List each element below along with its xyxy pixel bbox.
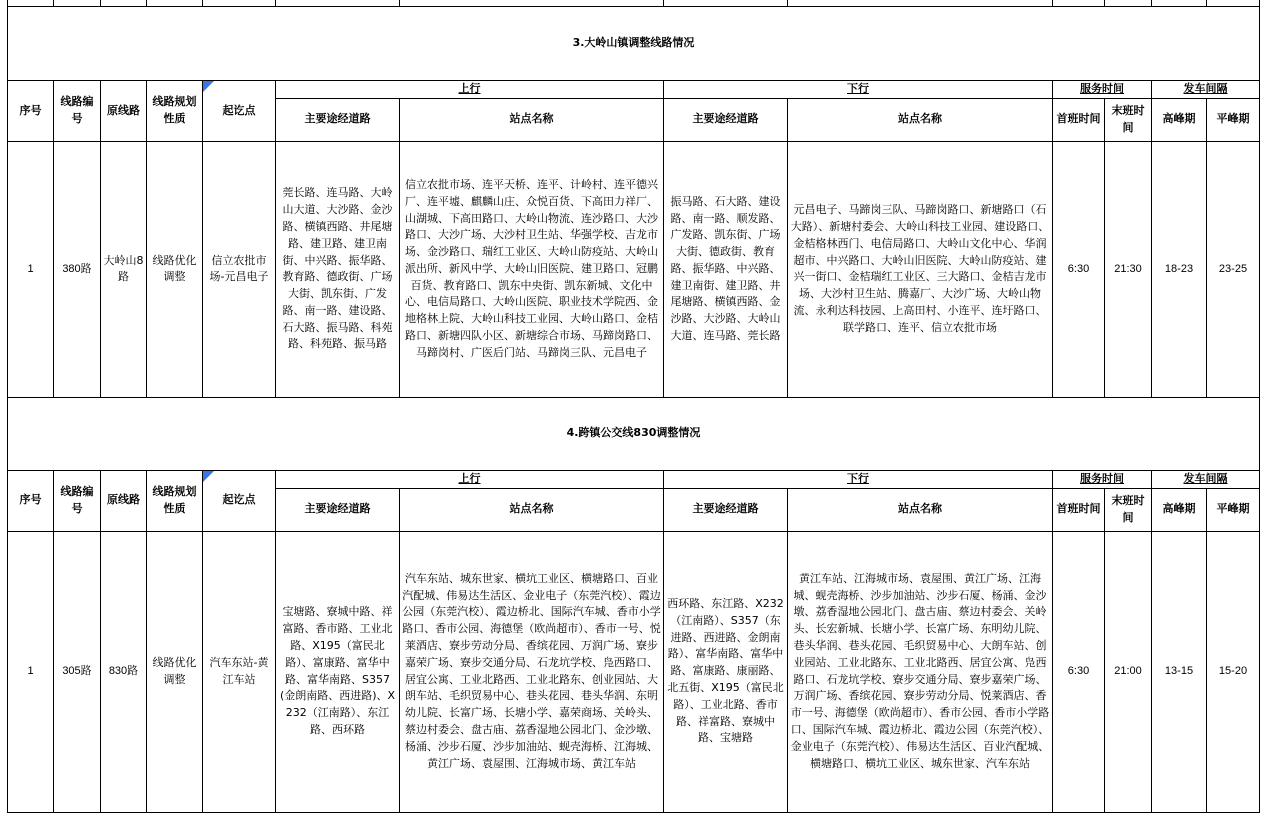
header-up-label: 上行 (459, 82, 481, 95)
header-interval[interactable]: 发车间隔 (1152, 81, 1260, 99)
cell-orig-line[interactable]: 大岭山8路 (101, 141, 147, 397)
spreadsheet: 3.大岭山镇调整线路情况 序号 线路编号 原线路 线路规划性质 起讫点 上行 下… (7, 0, 1260, 813)
header-up-roads[interactable]: 主要途经道路 (276, 488, 400, 531)
cell-up-stations[interactable]: 信立农批市场、连平天桥、连平、计岭村、连平德兴厂、连平墟、麒麟山庄、众悦百货、下… (400, 141, 664, 397)
header-service-time-label: 服务时间 (1080, 82, 1124, 95)
cell-down-stations[interactable]: 元昌电子、马蹄岗三队、马蹄岗路口、新塘路口（石大路）、新塘村委会、大岭山科技工业… (788, 141, 1053, 397)
cell-plan-type[interactable]: 线路优化调整 (147, 141, 203, 397)
header-first-bus[interactable]: 首班时间 (1053, 488, 1105, 531)
header-last-bus[interactable]: 末班时间 (1105, 98, 1152, 141)
header-interval-label: 发车间隔 (1184, 472, 1228, 485)
header-interval-label: 发车间隔 (1184, 82, 1228, 95)
cell-terminals[interactable]: 信立农批市场-元昌电子 (203, 141, 276, 397)
section-title[interactable]: 3.大岭山镇调整线路情况 (8, 7, 1260, 81)
header-terminals-label: 起讫点 (223, 493, 256, 506)
header-terminals-label: 起讫点 (223, 104, 256, 117)
header-offpeak[interactable]: 平峰期 (1207, 488, 1260, 531)
header-down-roads[interactable]: 主要途经道路 (664, 98, 788, 141)
header-seq[interactable]: 序号 (8, 470, 54, 531)
cell-last-bus[interactable]: 21:00 (1105, 531, 1152, 812)
cell-plan-type[interactable]: 线路优化调整 (147, 531, 203, 812)
header-interval[interactable]: 发车间隔 (1152, 470, 1260, 488)
section-title[interactable]: 4.跨镇公交线830调整情况 (8, 397, 1260, 470)
cell-down-roads[interactable]: 西环路、东江路、X232（江南路）、S357（东进路、西进路、金朗南路）、富华南… (664, 531, 788, 812)
header-row-group: 序号 线路编号 原线路 线路规划性质 起讫点 上行 下行 服务时间 发车间隔 (8, 470, 1260, 488)
header-seq[interactable]: 序号 (8, 81, 54, 142)
comment-marker-icon[interactable] (203, 81, 214, 92)
header-peak[interactable]: 高峰期 (1152, 488, 1207, 531)
cell-up-stations[interactable]: 汽车东站、城东世家、横坑工业区、横塘路口、百业汽配城、伟易达生活区、金业电子（东… (400, 531, 664, 812)
header-down[interactable]: 下行 (664, 470, 1053, 488)
header-terminals[interactable]: 起讫点 (203, 470, 276, 531)
header-orig-line[interactable]: 原线路 (101, 470, 147, 531)
header-up-stations[interactable]: 站点名称 (400, 488, 664, 531)
header-service-time[interactable]: 服务时间 (1053, 81, 1152, 99)
cell-down-stations[interactable]: 黄江车站、江海城市场、袁屋围、黄江广场、江海城、蚬壳海桥、沙步加油站、沙步石厦、… (788, 531, 1053, 812)
cell-down-roads[interactable]: 振马路、石大路、建设路、南一路、顺发路、广发路、凯东街、广场大街、德政街、教育路… (664, 141, 788, 397)
comment-marker-icon[interactable] (203, 471, 214, 482)
header-up[interactable]: 上行 (276, 470, 664, 488)
header-peak[interactable]: 高峰期 (1152, 98, 1207, 141)
header-down-label: 下行 (847, 82, 869, 95)
cell-first-bus[interactable]: 6:30 (1053, 531, 1105, 812)
cell-up-roads[interactable]: 莞长路、连马路、大岭山大道、大沙路、金沙路、横镇西路、井尾塘路、建卫路、建卫南街… (276, 141, 400, 397)
cell-first-bus[interactable]: 6:30 (1053, 141, 1105, 397)
cell-last-bus[interactable]: 21:30 (1105, 141, 1152, 397)
header-down-label: 下行 (847, 472, 869, 485)
header-up-label: 上行 (459, 472, 481, 485)
header-plan-type[interactable]: 线路规划性质 (147, 470, 203, 531)
header-first-bus[interactable]: 首班时间 (1053, 98, 1105, 141)
header-row-group: 序号 线路编号 原线路 线路规划性质 起讫点 上行 下行 服务时间 发车间隔 (8, 81, 1260, 99)
cell-peak[interactable]: 13-15 (1152, 531, 1207, 812)
header-down-stations[interactable]: 站点名称 (788, 488, 1053, 531)
table-row: 1 305路 830路 线路优化调整 汽车东站-黄江车站 宝塘路、寮城中路、祥富… (8, 531, 1260, 812)
table-row: 1 380路 大岭山8路 线路优化调整 信立农批市场-元昌电子 莞长路、连马路、… (8, 141, 1260, 397)
cell-line-no[interactable]: 380路 (54, 141, 101, 397)
cell-terminals[interactable]: 汽车东站-黄江车站 (203, 531, 276, 812)
header-service-time[interactable]: 服务时间 (1053, 470, 1152, 488)
header-terminals[interactable]: 起讫点 (203, 81, 276, 142)
header-orig-line[interactable]: 原线路 (101, 81, 147, 142)
cell-line-no[interactable]: 305路 (54, 531, 101, 812)
section-title-row: 3.大岭山镇调整线路情况 (8, 7, 1260, 81)
cell-seq[interactable]: 1 (8, 141, 54, 397)
cell-offpeak[interactable]: 23-25 (1207, 141, 1260, 397)
cell-offpeak[interactable]: 15-20 (1207, 531, 1260, 812)
cell-seq[interactable]: 1 (8, 531, 54, 812)
header-up-stations[interactable]: 站点名称 (400, 98, 664, 141)
header-plan-type[interactable]: 线路规划性质 (147, 81, 203, 142)
header-down-roads[interactable]: 主要途经道路 (664, 488, 788, 531)
header-line-no[interactable]: 线路编号 (54, 470, 101, 531)
header-offpeak[interactable]: 平峰期 (1207, 98, 1260, 141)
header-up-roads[interactable]: 主要途经道路 (276, 98, 400, 141)
header-up[interactable]: 上行 (276, 81, 664, 99)
cell-up-roads[interactable]: 宝塘路、寮城中路、祥富路、香市路、工业北路、X195（富民北路）、富康路、富华中… (276, 531, 400, 812)
header-service-time-label: 服务时间 (1080, 472, 1124, 485)
cell-peak[interactable]: 18-23 (1152, 141, 1207, 397)
header-line-no[interactable]: 线路编号 (54, 81, 101, 142)
header-last-bus[interactable]: 末班时间 (1105, 488, 1152, 531)
header-down[interactable]: 下行 (664, 81, 1053, 99)
section-title-row: 4.跨镇公交线830调整情况 (8, 397, 1260, 470)
header-down-stations[interactable]: 站点名称 (788, 98, 1053, 141)
cell-orig-line[interactable]: 830路 (101, 531, 147, 812)
